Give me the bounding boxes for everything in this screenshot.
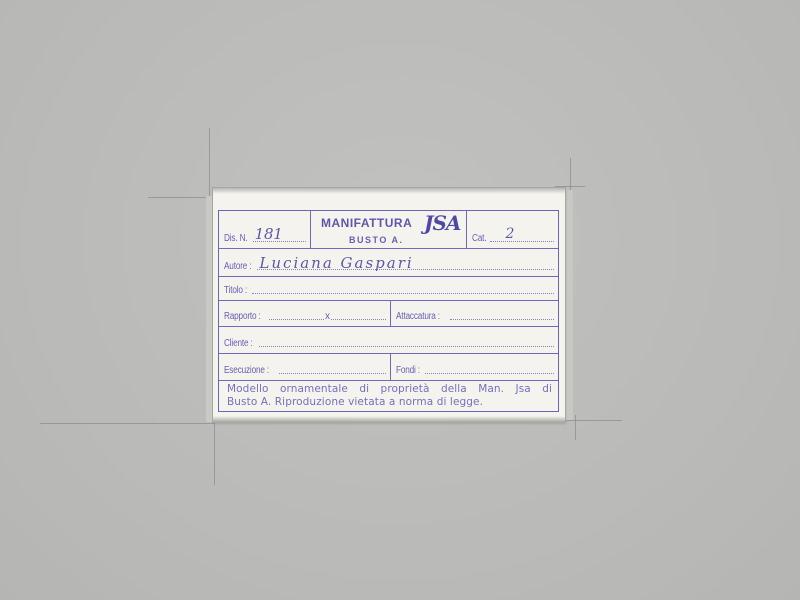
autore-field: Luciana Gaspari [257, 255, 554, 270]
fondi-cell: Fondi : [391, 354, 558, 380]
rapporto-row: Rapporto : x Attaccatura : [219, 301, 558, 327]
registration-mark-top-left-horizontal [148, 197, 214, 198]
brand-name: MANIFATTURA [321, 216, 412, 230]
titolo-cell: Titolo : [219, 277, 558, 300]
copyright-notice-line-1: Modello ornamentale di proprietà della M… [227, 383, 552, 396]
dis-n-value: 181 [255, 225, 283, 243]
card-edge-shadow-right [565, 190, 573, 420]
autore-label: Autore : [224, 261, 251, 272]
cat-cell: Cat. 2 [466, 211, 558, 248]
autore-cell: Autore : Luciana Gaspari [219, 249, 558, 276]
fondi-label: Fondi : [396, 365, 420, 376]
dis-n-cell: Dis. N. 181 [219, 211, 311, 248]
rapporto-cell: Rapporto : x [219, 301, 391, 326]
cat-label: Cat. [472, 233, 486, 244]
registration-mark-bottom-right-vertical [575, 415, 576, 440]
copyright-notice-line-2: Busto A. Riproduzione vietata a norma di… [227, 396, 552, 409]
rapporto-label: Rapporto : [224, 311, 261, 322]
copyright-notice: Modello ornamentale di proprietà della M… [219, 381, 558, 411]
cliente-row: Cliente : [219, 327, 558, 354]
dis-n-field: 181 [253, 227, 306, 242]
autore-value: Luciana Gaspari [259, 254, 413, 272]
registration-mark-bottom-right-horizontal [560, 420, 622, 421]
card-edge-shadow-left [206, 196, 213, 422]
card-bottom-wear [213, 416, 565, 422]
card-top-wear [213, 188, 565, 194]
attaccatura-label: Attaccatura : [396, 311, 440, 322]
label-form: Dis. N. 181 MANIFATTURA JSA BUSTO A. Cat… [218, 210, 559, 412]
titolo-field [252, 279, 554, 294]
attaccatura-cell: Attaccatura : [391, 301, 558, 326]
cliente-cell: Cliente : [219, 327, 558, 353]
registration-mark-bottom-left-horizontal [40, 423, 215, 424]
esecuzione-row: Esecuzione : Fondi : [219, 354, 558, 381]
brand-block: MANIFATTURA JSA BUSTO A. [311, 211, 466, 248]
brand-city: BUSTO A. [349, 235, 404, 245]
registration-mark-top-right-horizontal [555, 186, 585, 187]
rapporto-separator: x [325, 311, 330, 322]
registration-mark-top-left-vertical [209, 128, 210, 198]
esecuzione-label: Esecuzione : [224, 365, 269, 376]
cliente-field [259, 332, 554, 347]
brand-logo: JSA [424, 211, 460, 235]
fondi-field [425, 359, 554, 374]
cliente-label: Cliente : [224, 338, 253, 349]
cat-value: 2 [506, 226, 515, 242]
header-row: Dis. N. 181 MANIFATTURA JSA BUSTO A. Cat… [219, 211, 558, 249]
rapporto-height-field [331, 305, 386, 320]
esecuzione-cell: Esecuzione : [219, 354, 391, 380]
cat-field: 2 [490, 227, 554, 242]
dis-n-label: Dis. N. [224, 233, 247, 244]
esecuzione-field [279, 359, 386, 374]
registration-mark-bottom-left-vertical [214, 420, 215, 485]
titolo-row: Titolo : [219, 277, 558, 301]
autore-row: Autore : Luciana Gaspari [219, 249, 558, 277]
attaccatura-field [450, 305, 554, 320]
titolo-label: Titolo : [224, 285, 247, 296]
rapporto-width-field [269, 305, 324, 320]
